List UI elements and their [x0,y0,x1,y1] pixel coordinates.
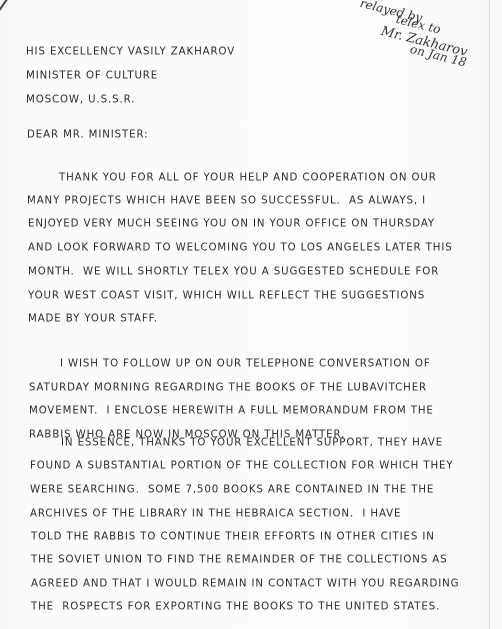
letter-page: relayed by telex to Mr. Zakharov on Jan … [0,0,502,629]
paragraph-line: MONTH. WE WILL SHORTLY TELEX YOU A SUGGE… [28,266,439,279]
paragraph-line: MADE BY YOUR STAFF. [28,313,158,326]
paragraph-line: YOUR WEST COAST VISIT, WHICH WILL REFLEC… [28,290,425,303]
paragraph-line: SATURDAY MORNING REGARDING THE BOOKS OF … [29,382,427,395]
paragraph-line: ARCHIVES OF THE LIBRARY IN THE HEBRAICA … [30,508,401,521]
paragraph-line: WERE SEARCHING. SOME 7,500 BOOKS ARE CON… [30,484,434,497]
paragraph-line: AND LOOK FORWARD TO WELCOMING YOU TO LOS… [28,242,453,255]
recipient-location: MOSCOW, U.S.S.R. [26,94,135,107]
recipient-name: HIS EXCELLENCY VASILY ZAKHAROV [26,46,235,59]
paragraph-line: TOLD THE RABBIS TO CONTINUE THEIR EFFORT… [31,531,435,544]
recipient-title: MINISTER OF CULTURE [26,70,158,83]
paragraph-line: THE ROSPECTS FOR EXPORTING THE BOOKS TO … [31,601,440,614]
paragraph-line: FOUND A SUBSTANTIAL PORTION OF THE COLLE… [30,460,453,473]
paragraph-line: AGREED AND THAT I WOULD REMAIN IN CONTAC… [31,578,459,591]
paragraph-line: MANY PROJECTS WHICH HAVE BEEN SO SUCCESS… [27,195,426,208]
paragraph-line: THE SOVIET UNION TO FIND THE REMAINDER O… [31,554,448,567]
paragraph-line: MOVEMENT. I ENCLOSE HEREWITH A FULL MEMO… [29,405,434,418]
paragraph-line: IN ESSENCE, THANKS TO YOUR EXCELLENT SUP… [61,437,443,450]
paragraph-line: I WISH TO FOLLOW UP ON OUR TELEPHONE CON… [60,358,431,371]
salutation: DEAR MR. MINISTER: [27,129,149,142]
corner-pen-mark [0,0,11,16]
page-edge [489,0,502,629]
paragraph-line: ENJOYED VERY MUCH SEEING YOU ON IN YOUR … [28,218,435,231]
page-edge-line [489,0,490,629]
paragraph-line: THANK YOU FOR ALL OF YOUR HELP AND COOPE… [59,172,437,185]
